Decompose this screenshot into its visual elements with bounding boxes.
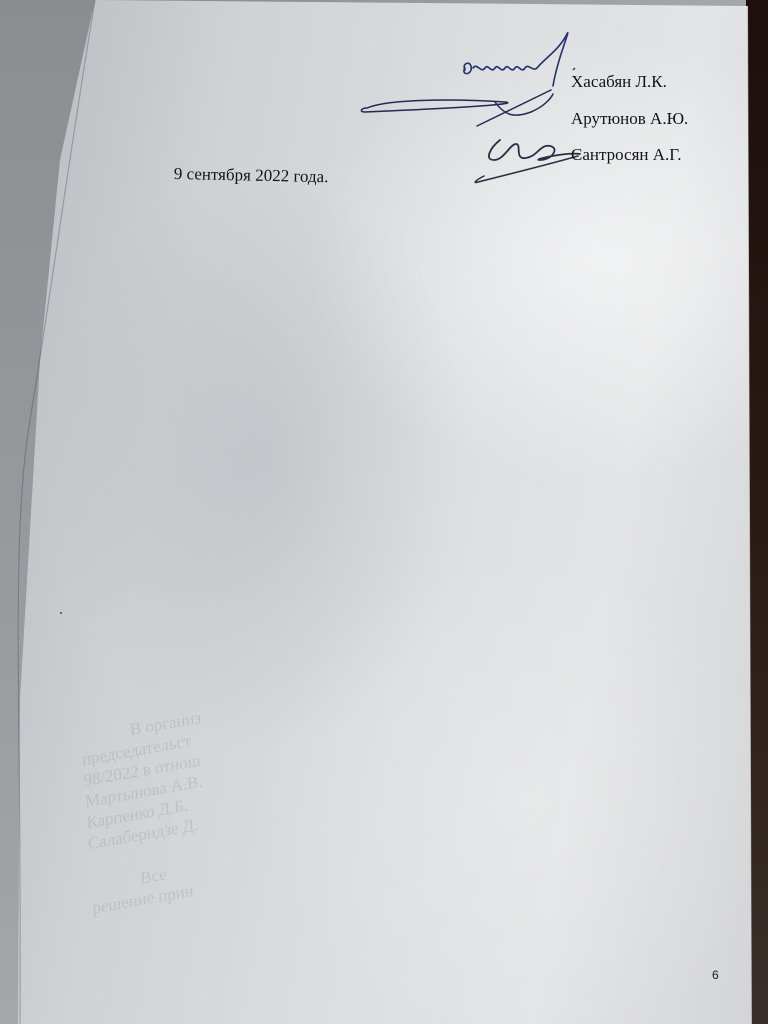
signer-name-3: Сантросян А.Г. (571, 146, 681, 163)
signer-name-1: Хасабян Л.К. (571, 73, 667, 90)
page-number: 6 (712, 968, 719, 982)
photo-scene: В организ председательст 98/2022 в отнош… (0, 0, 768, 1024)
paper-speck (60, 612, 62, 614)
document-date: 9 сентября 2022 года. (174, 165, 329, 185)
signer-name-2: Арутюнов А.Ю. (571, 110, 688, 127)
